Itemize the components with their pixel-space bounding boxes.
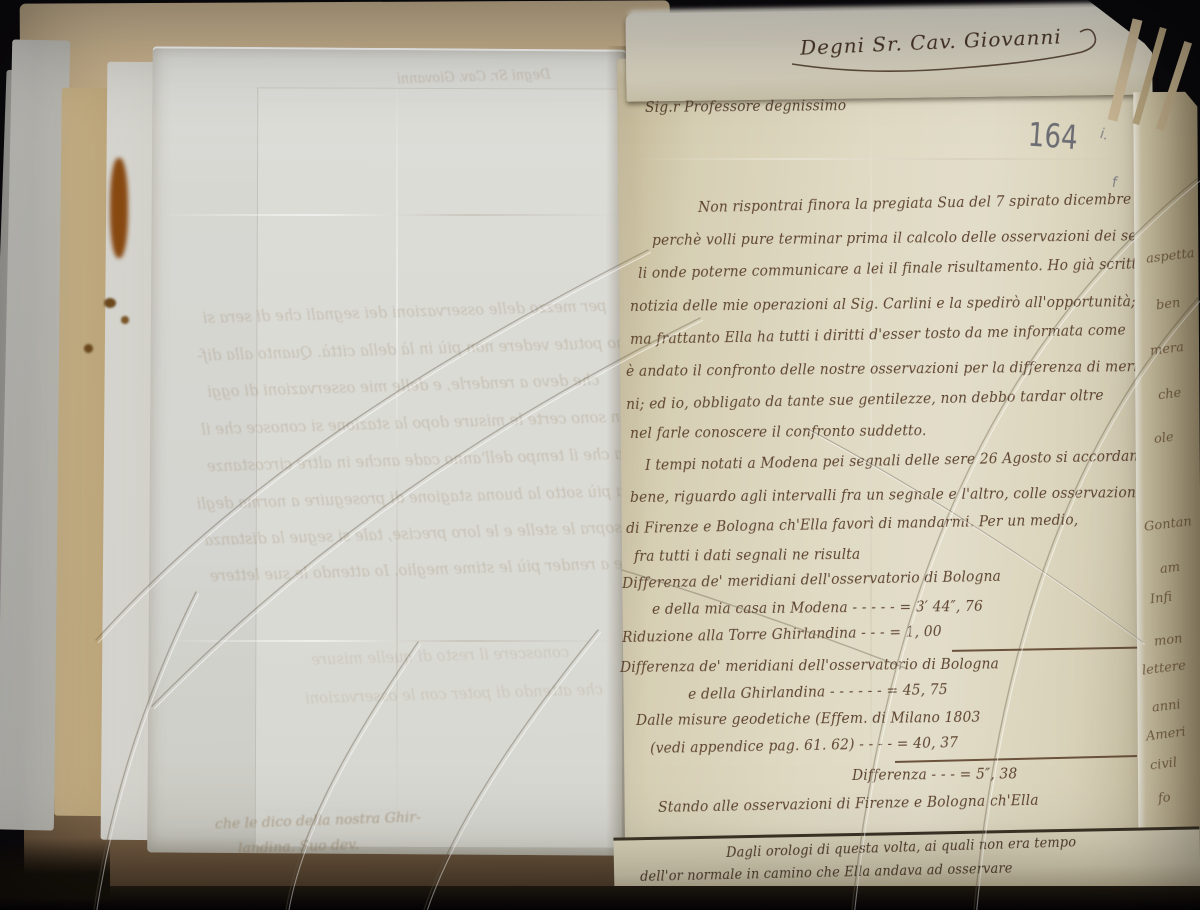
background-bottom <box>0 886 1200 910</box>
edge-fragment: mon <box>1153 632 1183 648</box>
letter-line: nel farle conoscere il confronto suddett… <box>630 423 927 441</box>
salutation: Sig.r Professore degnissimo <box>645 98 846 115</box>
edge-fragment: fo <box>1157 791 1171 805</box>
letter-line: Dalle misure geodetiche (Effem. di Milan… <box>636 710 981 728</box>
left-page-crease <box>160 214 620 216</box>
letter-line: Differenza de' meridiani dell'osservator… <box>620 656 999 675</box>
stain-spot <box>84 344 93 353</box>
edge-fragment: Infi <box>1149 591 1173 607</box>
letter-line: fra tutti i dati segnali ne risulta <box>634 547 860 564</box>
edge-fragment: ole <box>1153 431 1174 446</box>
edge-fragment: am <box>1159 561 1181 576</box>
rust-stain <box>110 158 128 258</box>
edge-fragment: civil <box>1149 756 1177 772</box>
stain-spot <box>104 298 116 308</box>
letter-line: Differenza - - - = 5″, 38 <box>852 766 1017 783</box>
edge-fragment: anni <box>1151 698 1181 714</box>
footer-scribble-line: landina. Suo dev. <box>238 838 359 856</box>
page-number-pencil: 164 <box>1027 119 1079 155</box>
letter-line: e della mia casa in Modena - - - - - = 3… <box>652 599 983 617</box>
edge-fragment: ben <box>1155 297 1181 313</box>
manuscript-photo: Degni Sr. Cav. Giovanni per mezzo delle … <box>0 0 1200 910</box>
background-bottom-left <box>0 838 110 898</box>
stain-spot <box>121 316 129 324</box>
edge-fragment: che <box>1157 387 1182 403</box>
left-page-crease <box>165 640 615 642</box>
right-page-crease <box>630 158 1130 160</box>
edge-fragment: mera <box>1149 341 1184 358</box>
